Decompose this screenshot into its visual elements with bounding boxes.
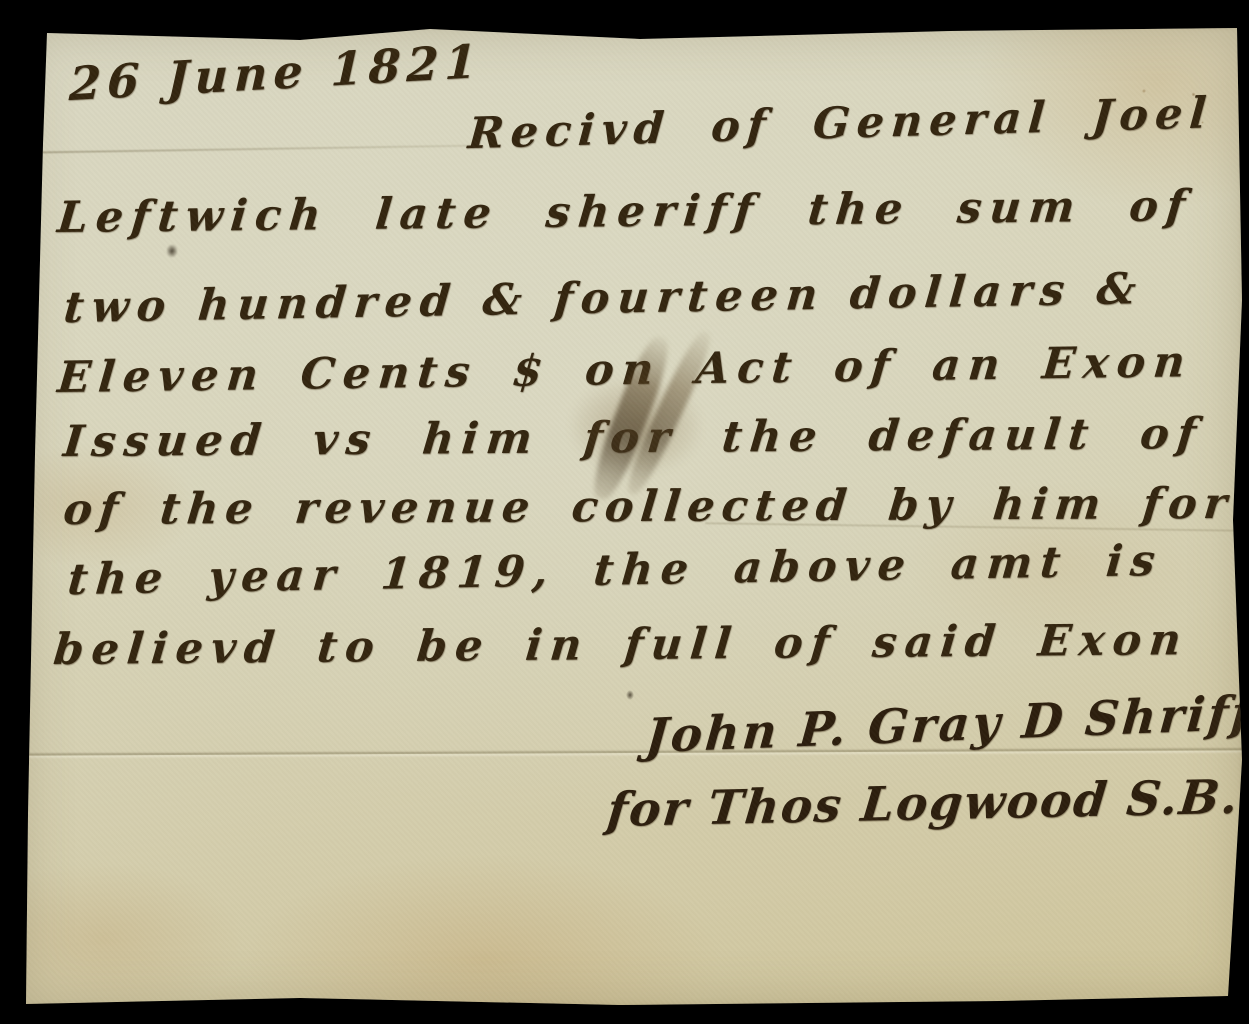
body-line-3: two hundred & fourteen dollars &: [62, 265, 1146, 333]
body-line-4: Eleven Cents $ on Act of an Exon: [55, 338, 1194, 403]
body-line-5: Issued vs him for the default of: [61, 410, 1206, 467]
body-line-8: believd to be in full of said Exon: [51, 616, 1191, 675]
ink-speck: [166, 244, 178, 258]
receipt-paper: 26 June 1821 Recivd of General Joel Left…: [18, 24, 1244, 1008]
body-line-6: of the revenue collected by him for: [61, 480, 1236, 536]
ink-speck: [626, 690, 634, 700]
body-line-1: Recivd of General Joel: [466, 89, 1215, 159]
fold-crease-middle: [18, 748, 1244, 755]
body-line-7: the year 1819, the above amt is: [66, 537, 1165, 606]
body-line-2: Leftwich late sheriff the sum of: [55, 182, 1195, 243]
signature-agent-line: for Thos Logwood S.B.C: [604, 772, 1164, 838]
fold-crease-top-left: [36, 145, 481, 154]
signature-line: John P. Gray D Shriff: [643, 688, 1232, 765]
date-line: 26 June 1821: [68, 36, 469, 111]
